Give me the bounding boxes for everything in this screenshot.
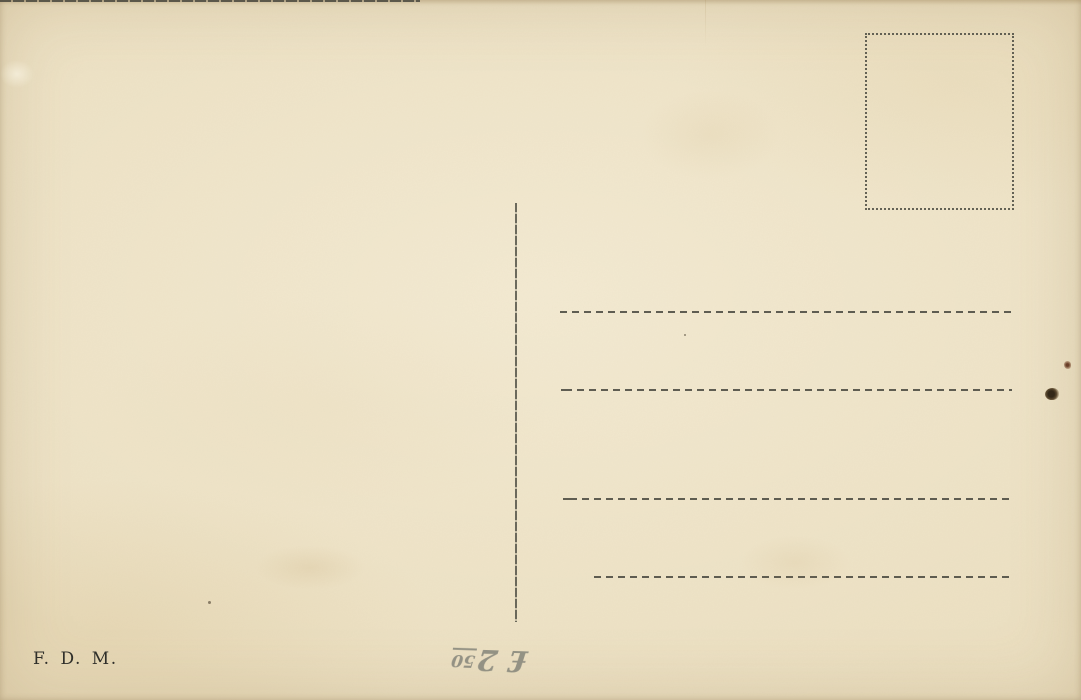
rust-speck	[1064, 361, 1071, 369]
scuff-mark	[0, 60, 34, 88]
dirt-speck	[684, 334, 686, 336]
postcard-back: F. D. M. £ 250	[0, 0, 1081, 700]
address-line-1	[560, 311, 1013, 313]
divider-line	[515, 203, 517, 622]
handwritten-price-superscript: 50	[450, 648, 476, 671]
aging-smudge	[740, 535, 850, 590]
aging-smudge	[255, 545, 365, 590]
aging-smudge	[640, 90, 780, 180]
address-line-3	[562, 498, 1013, 500]
ink-stain	[1045, 388, 1059, 400]
stamp-box	[865, 33, 1014, 210]
paper-crease	[705, 0, 706, 48]
handwritten-price-amount: £ 2	[475, 643, 530, 679]
address-line-4-underline	[0, 0, 420, 2]
publisher-mark: F. D. M.	[33, 648, 118, 670]
address-line-2	[561, 389, 1012, 391]
handwritten-price: £ 250	[411, 625, 568, 688]
address-line-4	[592, 576, 1012, 578]
dirt-speck	[208, 601, 211, 604]
